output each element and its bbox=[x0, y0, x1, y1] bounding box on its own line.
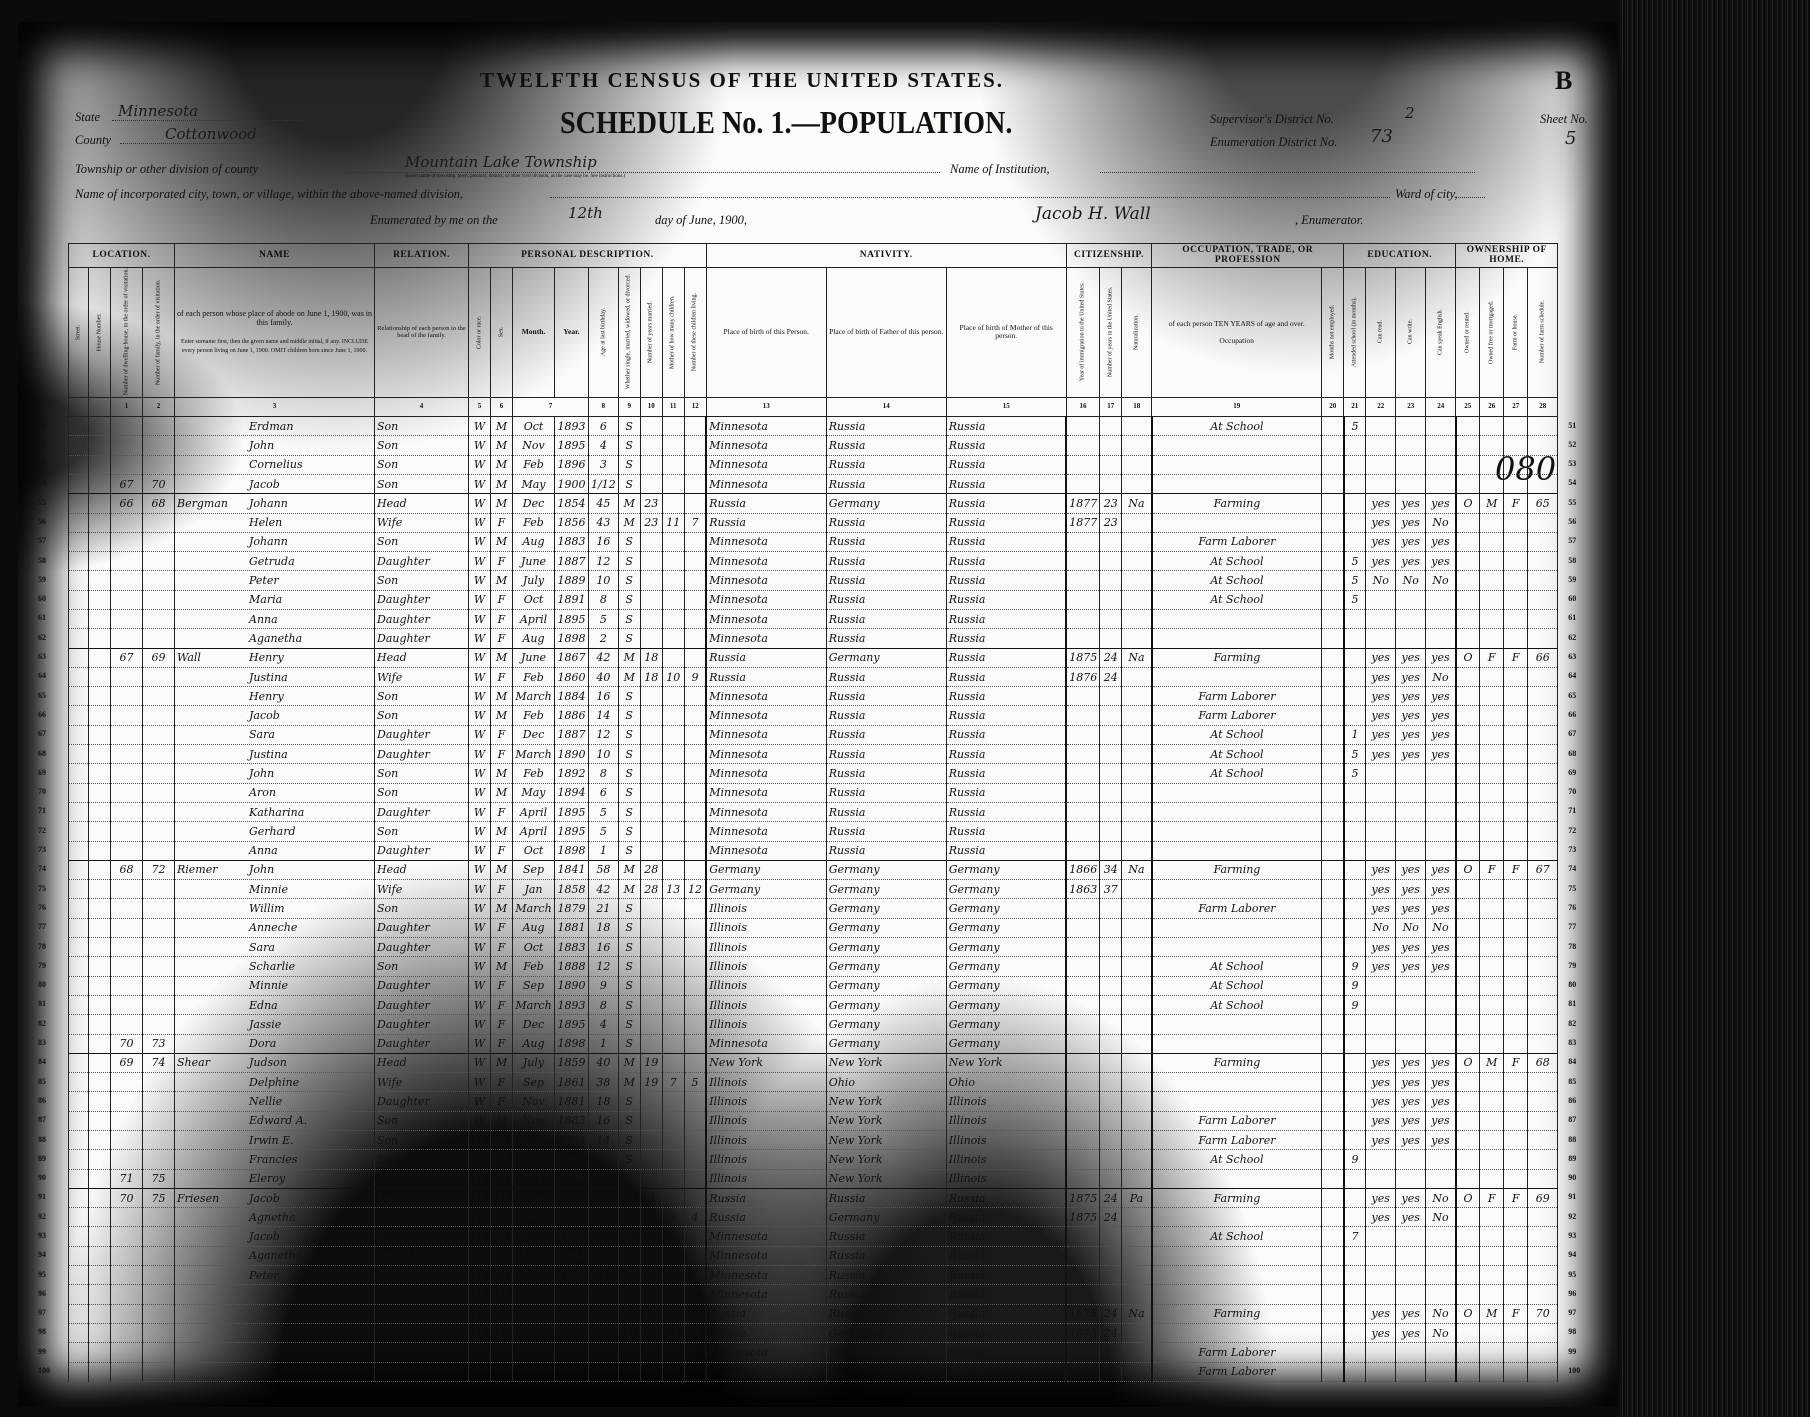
empty-cell bbox=[69, 609, 89, 628]
column-number: 25 bbox=[1456, 398, 1480, 417]
months-unemployed bbox=[1322, 455, 1344, 474]
birthplace-father: Russia bbox=[826, 513, 946, 532]
mother-of-count bbox=[662, 1266, 684, 1285]
dwelling-number bbox=[111, 938, 143, 957]
ward-label: Ward of city, bbox=[1395, 187, 1458, 202]
months-unemployed bbox=[1322, 629, 1344, 648]
relation-cell: Wife bbox=[375, 513, 469, 532]
empty-cell bbox=[89, 995, 111, 1014]
table-row: HenrySonWMMarch188416SMinnesotaRussiaRus… bbox=[69, 687, 1558, 706]
children-living bbox=[684, 552, 706, 571]
occupation-cell: At School bbox=[1152, 995, 1322, 1014]
age-cell: 40 bbox=[589, 1053, 619, 1072]
can-write bbox=[1396, 1343, 1426, 1362]
farm-house bbox=[1504, 1111, 1528, 1130]
birth-year: 1895 bbox=[555, 802, 589, 821]
farm-schedule bbox=[1528, 918, 1558, 937]
immigration-year bbox=[1066, 455, 1100, 474]
owned-rented bbox=[1456, 822, 1480, 841]
family-number: 70 bbox=[143, 474, 175, 493]
school-months bbox=[1344, 1034, 1366, 1053]
farm-house bbox=[1504, 783, 1528, 802]
table-row: Irwin E.SonWMJune188514SIllinoisNew York… bbox=[69, 1131, 1558, 1150]
school-months: 7 bbox=[1344, 1227, 1366, 1246]
farm-schedule bbox=[1528, 822, 1558, 841]
dwelling-number bbox=[111, 822, 143, 841]
farm-house: F bbox=[1504, 494, 1528, 513]
enumeration-label: Enumeration District No. bbox=[1210, 135, 1337, 150]
can-write bbox=[1396, 590, 1426, 609]
given-name: Johann bbox=[249, 535, 288, 548]
months-unemployed bbox=[1322, 1304, 1344, 1323]
empty-cell bbox=[89, 764, 111, 783]
marital-status: S bbox=[618, 995, 640, 1014]
years-in-us bbox=[1100, 745, 1122, 764]
line-number: 78 bbox=[1568, 942, 1576, 951]
can-speak-english bbox=[1426, 455, 1456, 474]
birth-month: Aug bbox=[513, 629, 555, 648]
age-cell: 38 bbox=[589, 1073, 619, 1092]
empty-cell bbox=[69, 1034, 89, 1053]
empty-cell bbox=[69, 1092, 89, 1111]
birthplace-mother: Germany bbox=[946, 1034, 1066, 1053]
children-living bbox=[684, 764, 706, 783]
can-read bbox=[1366, 1266, 1396, 1285]
farm-house bbox=[1504, 436, 1528, 455]
free-mortgaged bbox=[1480, 571, 1504, 590]
sex-cell: F bbox=[491, 552, 513, 571]
header-children-living: Number of these children living. bbox=[684, 267, 706, 397]
color-cell: W bbox=[469, 455, 491, 474]
occupation-cell: Farming bbox=[1152, 1053, 1322, 1072]
line-number: 76 bbox=[38, 903, 46, 912]
can-write: yes bbox=[1396, 552, 1426, 571]
birthplace-person: Illinois bbox=[706, 1111, 826, 1130]
empty-cell bbox=[89, 725, 111, 744]
school-months bbox=[1344, 706, 1366, 725]
birthplace-mother: Russia bbox=[946, 1266, 1066, 1285]
given-name: Jacob bbox=[249, 1192, 280, 1205]
sex-cell: M bbox=[491, 532, 513, 551]
years-married bbox=[640, 1169, 662, 1188]
birth-year: 1887 bbox=[555, 552, 589, 571]
mother-of-count bbox=[662, 1227, 684, 1246]
color-cell: W bbox=[469, 1015, 491, 1034]
empty-cell bbox=[89, 1362, 111, 1381]
column-number: 28 bbox=[1528, 398, 1558, 417]
relation-cell: Son bbox=[375, 1150, 469, 1169]
column-number: 16 bbox=[1066, 398, 1100, 417]
occupation-cell bbox=[1152, 802, 1322, 821]
column-number: 15 bbox=[946, 398, 1066, 417]
birthplace-person: Illinois bbox=[706, 976, 826, 995]
column-number: 5 bbox=[469, 398, 491, 417]
sex-cell: F bbox=[491, 880, 513, 899]
given-name: Anneche bbox=[249, 921, 297, 934]
farm-schedule: 70 bbox=[1528, 1304, 1558, 1323]
color-cell: W bbox=[469, 976, 491, 995]
column-number: 13 bbox=[706, 398, 826, 417]
years-in-us bbox=[1100, 455, 1122, 474]
mother-of-count bbox=[662, 417, 684, 436]
color-cell: W bbox=[469, 1208, 491, 1227]
birthplace-mother: Russia bbox=[946, 1323, 1066, 1342]
header-years-married: Number of years married. bbox=[640, 267, 662, 397]
months-unemployed bbox=[1322, 764, 1344, 783]
occupation-cell bbox=[1152, 609, 1322, 628]
dwelling-number bbox=[111, 802, 143, 821]
age-cell bbox=[589, 1323, 619, 1342]
dwelling-number: 69 bbox=[111, 1053, 143, 1072]
birth-month: Feb bbox=[513, 513, 555, 532]
marital-status: S bbox=[618, 1092, 640, 1111]
naturalization bbox=[1122, 1169, 1152, 1188]
sex-cell: F bbox=[491, 1092, 513, 1111]
color-cell: W bbox=[469, 860, 491, 879]
years-married bbox=[640, 571, 662, 590]
table-row: WFM119RussiaGermanyRussia187524yesyesNo bbox=[69, 1323, 1558, 1342]
school-months bbox=[1344, 938, 1366, 957]
birth-month: Feb bbox=[513, 1266, 555, 1285]
farm-house bbox=[1504, 1034, 1528, 1053]
can-read: yes bbox=[1366, 1053, 1396, 1072]
header-age: Age at last birthday. bbox=[589, 267, 619, 397]
free-mortgaged bbox=[1480, 513, 1504, 532]
can-speak-english bbox=[1426, 417, 1456, 436]
can-read: yes bbox=[1366, 1208, 1396, 1227]
school-months bbox=[1344, 474, 1366, 493]
years-in-us bbox=[1100, 764, 1122, 783]
line-number: 92 bbox=[1568, 1212, 1576, 1221]
children-living: 4 bbox=[684, 1208, 706, 1227]
birthplace-person: Russia bbox=[706, 1188, 826, 1207]
years-married bbox=[640, 629, 662, 648]
scan-border bbox=[1620, 0, 1810, 1417]
color-cell: W bbox=[469, 918, 491, 937]
header-can-speak-english: Can speak English. bbox=[1426, 267, 1456, 397]
birthplace-person: Minnesota bbox=[706, 629, 826, 648]
line-number: 100 bbox=[1568, 1366, 1580, 1375]
occupation-cell: Farming bbox=[1152, 1188, 1322, 1207]
can-write bbox=[1396, 1015, 1426, 1034]
relation-cell: Son bbox=[375, 571, 469, 590]
birth-year: 1888 bbox=[555, 957, 589, 976]
can-speak-english bbox=[1426, 783, 1456, 802]
birthplace-mother: Russia bbox=[946, 474, 1066, 493]
line-number: 85 bbox=[1568, 1077, 1576, 1086]
header-location: LOCATION. bbox=[69, 244, 175, 268]
can-write: yes bbox=[1396, 880, 1426, 899]
column-number: 8 bbox=[589, 398, 619, 417]
table-row: GerhardSonWMApril18955SMinnesotaRussiaRu… bbox=[69, 822, 1558, 841]
can-read: yes bbox=[1366, 880, 1396, 899]
birthplace-mother: Russia bbox=[946, 609, 1066, 628]
given-name: Jacob bbox=[249, 1230, 280, 1243]
relation-cell: Head bbox=[375, 648, 469, 667]
empty-cell bbox=[89, 841, 111, 860]
birthplace-person: Russia bbox=[706, 513, 826, 532]
age-cell: 4 bbox=[589, 1015, 619, 1034]
farm-house: F bbox=[1504, 1188, 1528, 1207]
farm-schedule bbox=[1528, 899, 1558, 918]
occupation-cell: At School bbox=[1152, 976, 1322, 995]
farm-house bbox=[1504, 1227, 1528, 1246]
can-speak-english: yes bbox=[1426, 725, 1456, 744]
birthplace-father: Russia bbox=[826, 474, 946, 493]
immigration-year bbox=[1066, 822, 1100, 841]
naturalization bbox=[1122, 552, 1152, 571]
farm-house bbox=[1504, 899, 1528, 918]
immigration-year bbox=[1066, 918, 1100, 937]
given-name: Justina bbox=[249, 671, 288, 684]
can-write: yes bbox=[1396, 1092, 1426, 1111]
color-cell: W bbox=[469, 725, 491, 744]
owned-rented bbox=[1456, 1208, 1480, 1227]
naturalization bbox=[1122, 1092, 1152, 1111]
birthplace-father: Ohio bbox=[826, 1073, 946, 1092]
person-name: Eleroy bbox=[175, 1169, 375, 1188]
free-mortgaged: F bbox=[1480, 860, 1504, 879]
given-name: Getruda bbox=[249, 555, 295, 568]
empty-cell bbox=[69, 1150, 89, 1169]
free-mortgaged bbox=[1480, 1246, 1504, 1265]
free-mortgaged bbox=[1480, 1208, 1504, 1227]
given-name: Delphine bbox=[249, 1076, 299, 1089]
empty-cell bbox=[89, 1266, 111, 1285]
line-number: 85 bbox=[38, 1077, 46, 1086]
months-unemployed bbox=[1322, 1150, 1344, 1169]
birthplace-mother: Russia bbox=[946, 571, 1066, 590]
line-number: 54 bbox=[38, 478, 46, 487]
owned-rented bbox=[1456, 1150, 1480, 1169]
farm-schedule bbox=[1528, 957, 1558, 976]
sex-cell: M bbox=[491, 436, 513, 455]
can-speak-english bbox=[1426, 841, 1456, 860]
children-living bbox=[684, 532, 706, 551]
birthplace-person: Russia bbox=[706, 667, 826, 686]
dwelling-number bbox=[111, 667, 143, 686]
owned-rented bbox=[1456, 1323, 1480, 1342]
years-in-us bbox=[1100, 822, 1122, 841]
birth-month: March bbox=[513, 745, 555, 764]
birth-year: 1860 bbox=[555, 667, 589, 686]
sex-cell: F bbox=[491, 1034, 513, 1053]
line-number: 63 bbox=[38, 652, 46, 661]
farm-schedule bbox=[1528, 841, 1558, 860]
family-number bbox=[143, 571, 175, 590]
birthplace-mother: Russia bbox=[946, 1246, 1066, 1265]
children-living bbox=[684, 1227, 706, 1246]
years-in-us bbox=[1100, 1092, 1122, 1111]
can-speak-english: No bbox=[1426, 667, 1456, 686]
immigration-year bbox=[1066, 436, 1100, 455]
birthplace-mother: Russia bbox=[946, 1304, 1066, 1323]
empty-cell bbox=[89, 494, 111, 513]
color-cell: W bbox=[469, 609, 491, 628]
person-name bbox=[175, 1304, 375, 1323]
birthplace-mother: Russia bbox=[946, 1285, 1066, 1304]
can-speak-english: yes bbox=[1426, 745, 1456, 764]
relation-cell: Son bbox=[375, 455, 469, 474]
years-in-us bbox=[1100, 802, 1122, 821]
marital-status: S bbox=[618, 455, 640, 474]
age-cell: 1 bbox=[589, 841, 619, 860]
birthplace-mother: Germany bbox=[946, 938, 1066, 957]
can-read: No bbox=[1366, 571, 1396, 590]
birthplace-person: Illinois bbox=[706, 995, 826, 1014]
naturalization bbox=[1122, 513, 1152, 532]
mother-of-count bbox=[662, 725, 684, 744]
occupation-cell: Farm Laborer bbox=[1152, 899, 1322, 918]
empty-cell bbox=[69, 880, 89, 899]
header-birth-father: Place of birth of Father of this person. bbox=[826, 267, 946, 397]
marital-status: M bbox=[618, 880, 640, 899]
years-in-us bbox=[1100, 1053, 1122, 1072]
given-name: Nellie bbox=[249, 1095, 282, 1108]
years-married bbox=[640, 1092, 662, 1111]
mother-of-count bbox=[662, 860, 684, 879]
marital-status: S bbox=[618, 764, 640, 783]
school-months: 5 bbox=[1344, 417, 1366, 436]
mother-of-count bbox=[662, 494, 684, 513]
birth-month bbox=[513, 1343, 555, 1362]
table-row: DelphineWifeWFSep186138M1975IllinoisOhio… bbox=[69, 1073, 1558, 1092]
years-married bbox=[640, 532, 662, 551]
dwelling-number bbox=[111, 1266, 143, 1285]
mother-of-count bbox=[662, 571, 684, 590]
occupation-cell: Farm Laborer bbox=[1152, 1343, 1322, 1362]
years-in-us bbox=[1100, 725, 1122, 744]
age-cell: 1 bbox=[589, 1034, 619, 1053]
sex-cell: M bbox=[491, 706, 513, 725]
can-read: yes bbox=[1366, 667, 1396, 686]
years-married: 19 bbox=[640, 1073, 662, 1092]
birthplace-person: Russia bbox=[706, 1323, 826, 1342]
birth-year: 1893 bbox=[555, 417, 589, 436]
school-months bbox=[1344, 918, 1366, 937]
empty-cell bbox=[69, 802, 89, 821]
months-unemployed bbox=[1322, 1323, 1344, 1342]
farm-house bbox=[1504, 918, 1528, 937]
can-speak-english: yes bbox=[1426, 899, 1456, 918]
person-name bbox=[175, 1285, 375, 1304]
person-name: Cornelius bbox=[175, 455, 375, 474]
given-name: Dora bbox=[249, 1037, 276, 1050]
person-name: Katharina bbox=[175, 802, 375, 821]
children-living bbox=[684, 957, 706, 976]
farm-schedule bbox=[1528, 764, 1558, 783]
mother-of-count bbox=[662, 474, 684, 493]
birth-month: June bbox=[513, 1227, 555, 1246]
birthplace-person: Russia bbox=[706, 494, 826, 513]
birth-year: 1898 bbox=[555, 1034, 589, 1053]
person-name: Jacob bbox=[175, 706, 375, 725]
color-cell: W bbox=[469, 1092, 491, 1111]
empty-cell bbox=[89, 687, 111, 706]
farm-schedule bbox=[1528, 706, 1558, 725]
empty-cell bbox=[89, 918, 111, 937]
sex-cell: M bbox=[491, 1169, 513, 1188]
free-mortgaged bbox=[1480, 1111, 1504, 1130]
can-write bbox=[1396, 609, 1426, 628]
birthplace-person: Minnesota bbox=[706, 802, 826, 821]
document-title: TWELFTH CENSUS OF THE UNITED STATES. bbox=[480, 68, 1004, 93]
color-cell: W bbox=[469, 802, 491, 821]
family-number bbox=[143, 1111, 175, 1130]
empty-cell bbox=[69, 1188, 89, 1207]
line-number: 73 bbox=[1568, 845, 1576, 854]
person-name: Willim bbox=[175, 899, 375, 918]
children-living bbox=[684, 802, 706, 821]
dwelling-number bbox=[111, 1092, 143, 1111]
relation-cell: Son bbox=[375, 764, 469, 783]
color-cell: W bbox=[469, 1111, 491, 1130]
birthplace-father: Russia bbox=[826, 1246, 946, 1265]
farm-house bbox=[1504, 590, 1528, 609]
birthplace-father: Russia bbox=[826, 1227, 946, 1246]
enumeration-value: 73 bbox=[1370, 126, 1393, 147]
table-row: PeterSonWMJuly188910SMinnesotaRussiaRuss… bbox=[69, 571, 1558, 590]
empty-cell bbox=[89, 590, 111, 609]
occupation-cell bbox=[1152, 474, 1322, 493]
can-write: yes bbox=[1396, 687, 1426, 706]
line-number: 96 bbox=[1568, 1289, 1576, 1298]
birth-year: 1898 bbox=[555, 629, 589, 648]
can-speak-english: No bbox=[1426, 1188, 1456, 1207]
school-months: 9 bbox=[1344, 995, 1366, 1014]
age-cell: 5 bbox=[589, 802, 619, 821]
can-write bbox=[1396, 1266, 1426, 1285]
birthplace-mother: New York bbox=[946, 1053, 1066, 1072]
line-number: 90 bbox=[38, 1173, 46, 1182]
can-speak-english: yes bbox=[1426, 532, 1456, 551]
birth-year bbox=[555, 1343, 589, 1362]
table-row: 6769WallHenryHeadWMJune186742M18RussiaGe… bbox=[69, 648, 1558, 667]
school-months bbox=[1344, 1266, 1366, 1285]
children-living bbox=[684, 1343, 706, 1362]
owned-rented bbox=[1456, 783, 1480, 802]
immigration-year bbox=[1066, 1111, 1100, 1130]
years-in-us bbox=[1100, 532, 1122, 551]
can-write: No bbox=[1396, 918, 1426, 937]
years-in-us: 37 bbox=[1100, 880, 1122, 899]
naturalization bbox=[1122, 1343, 1152, 1362]
can-speak-english: yes bbox=[1426, 1073, 1456, 1092]
occupation-cell: Farm Laborer bbox=[1152, 687, 1322, 706]
age-cell bbox=[589, 1343, 619, 1362]
owned-rented bbox=[1456, 1362, 1480, 1381]
farm-house bbox=[1504, 1150, 1528, 1169]
age-cell: 42 bbox=[589, 648, 619, 667]
family-number bbox=[143, 725, 175, 744]
school-months bbox=[1344, 1053, 1366, 1072]
farm-house bbox=[1504, 764, 1528, 783]
birth-month: Dec bbox=[513, 494, 555, 513]
given-name: Irwin E. bbox=[249, 1134, 294, 1147]
line-number: 95 bbox=[38, 1270, 46, 1279]
owned-rented bbox=[1456, 745, 1480, 764]
naturalization bbox=[1122, 745, 1152, 764]
sex-cell: F bbox=[491, 609, 513, 628]
can-speak-english: yes bbox=[1426, 1092, 1456, 1111]
farm-schedule bbox=[1528, 532, 1558, 551]
birthplace-father: Russia bbox=[826, 629, 946, 648]
mother-of-count bbox=[662, 957, 684, 976]
birth-month: Feb bbox=[513, 667, 555, 686]
empty-cell bbox=[89, 532, 111, 551]
color-cell: W bbox=[469, 783, 491, 802]
years-married bbox=[640, 764, 662, 783]
